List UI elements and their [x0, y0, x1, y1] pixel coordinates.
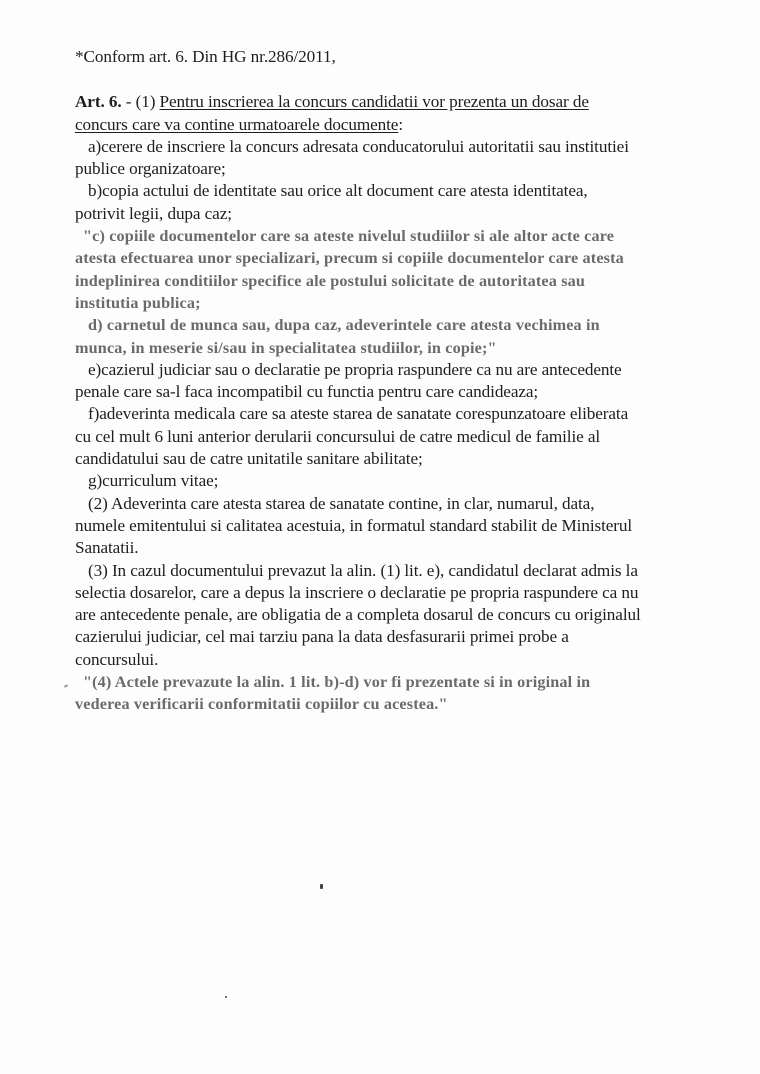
paragraph-2: (2) Adeverinta care atesta starea de san… — [75, 493, 705, 515]
item-a-cont: publice organizatoare; — [75, 158, 705, 180]
paragraph-3-cont: are antecedente penale, are obligatia de… — [75, 604, 705, 626]
item-c-cont: institutia publica; — [75, 292, 705, 314]
article-intro: Pentru inscrierea la concurs candidatii … — [160, 92, 589, 111]
scan-speck — [64, 684, 68, 688]
document-page: *Conform art. 6. Din HG nr.286/2011, Art… — [75, 46, 705, 716]
item-b-cont: potrivit legii, dupa caz; — [75, 203, 705, 225]
paragraph-4-cont: vederea verificarii conformitatii copiil… — [75, 693, 705, 715]
item-f-cont: cu cel mult 6 luni anterior derularii co… — [75, 426, 705, 448]
article-label: Art. 6. — [75, 92, 122, 111]
paragraph-3-cont: concursului. — [75, 649, 705, 671]
item-e: e)cazierul judiciar sau o declaratie pe … — [75, 359, 705, 381]
item-c: "c) copiile documentelor care sa ateste … — [75, 225, 705, 247]
item-g: g)curriculum vitae; — [75, 470, 705, 492]
item-f-cont: candidatului sau de catre unitatile sani… — [75, 448, 705, 470]
item-f: f)adeverinta medicala care sa ateste sta… — [75, 403, 705, 425]
paragraph-2-cont: numele emitentului si calitatea acestuia… — [75, 515, 705, 537]
paragraph-number: - (1) — [122, 92, 160, 111]
article-heading: Art. 6. - (1) Pentru inscrierea la concu… — [75, 91, 705, 113]
article-intro-continued: concurs care va contine urmatoarele docu… — [75, 114, 705, 136]
item-c-cont: atesta efectuarea unor specializari, pre… — [75, 247, 705, 269]
legal-reference: *Conform art. 6. Din HG nr.286/2011, — [75, 46, 705, 68]
paragraph-3-cont: cazierului judiciar, cel mai tarziu pana… — [75, 626, 705, 648]
item-a: a)cerere de inscriere la concurs adresat… — [75, 136, 705, 158]
scan-speck — [320, 884, 323, 889]
paragraph-4: "(4) Actele prevazute la alin. 1 lit. b)… — [75, 671, 705, 693]
item-d: d) carnetul de munca sau, dupa caz, adev… — [75, 314, 705, 336]
item-e-cont: penale care sa-l faca incompatibil cu fu… — [75, 381, 705, 403]
item-c-cont: indeplinirea conditiilor specifice ale p… — [75, 270, 705, 292]
scan-speck — [225, 996, 227, 998]
item-b: b)copia actului de identitate sau orice … — [75, 180, 705, 202]
item-d-cont: munca, in meserie si/sau in specialitate… — [75, 337, 705, 359]
paragraph-3: (3) In cazul documentului prevazut la al… — [75, 560, 705, 582]
paragraph-3-cont: selectia dosarelor, care a depus la insc… — [75, 582, 705, 604]
paragraph-2-cont: Sanatatii. — [75, 537, 705, 559]
